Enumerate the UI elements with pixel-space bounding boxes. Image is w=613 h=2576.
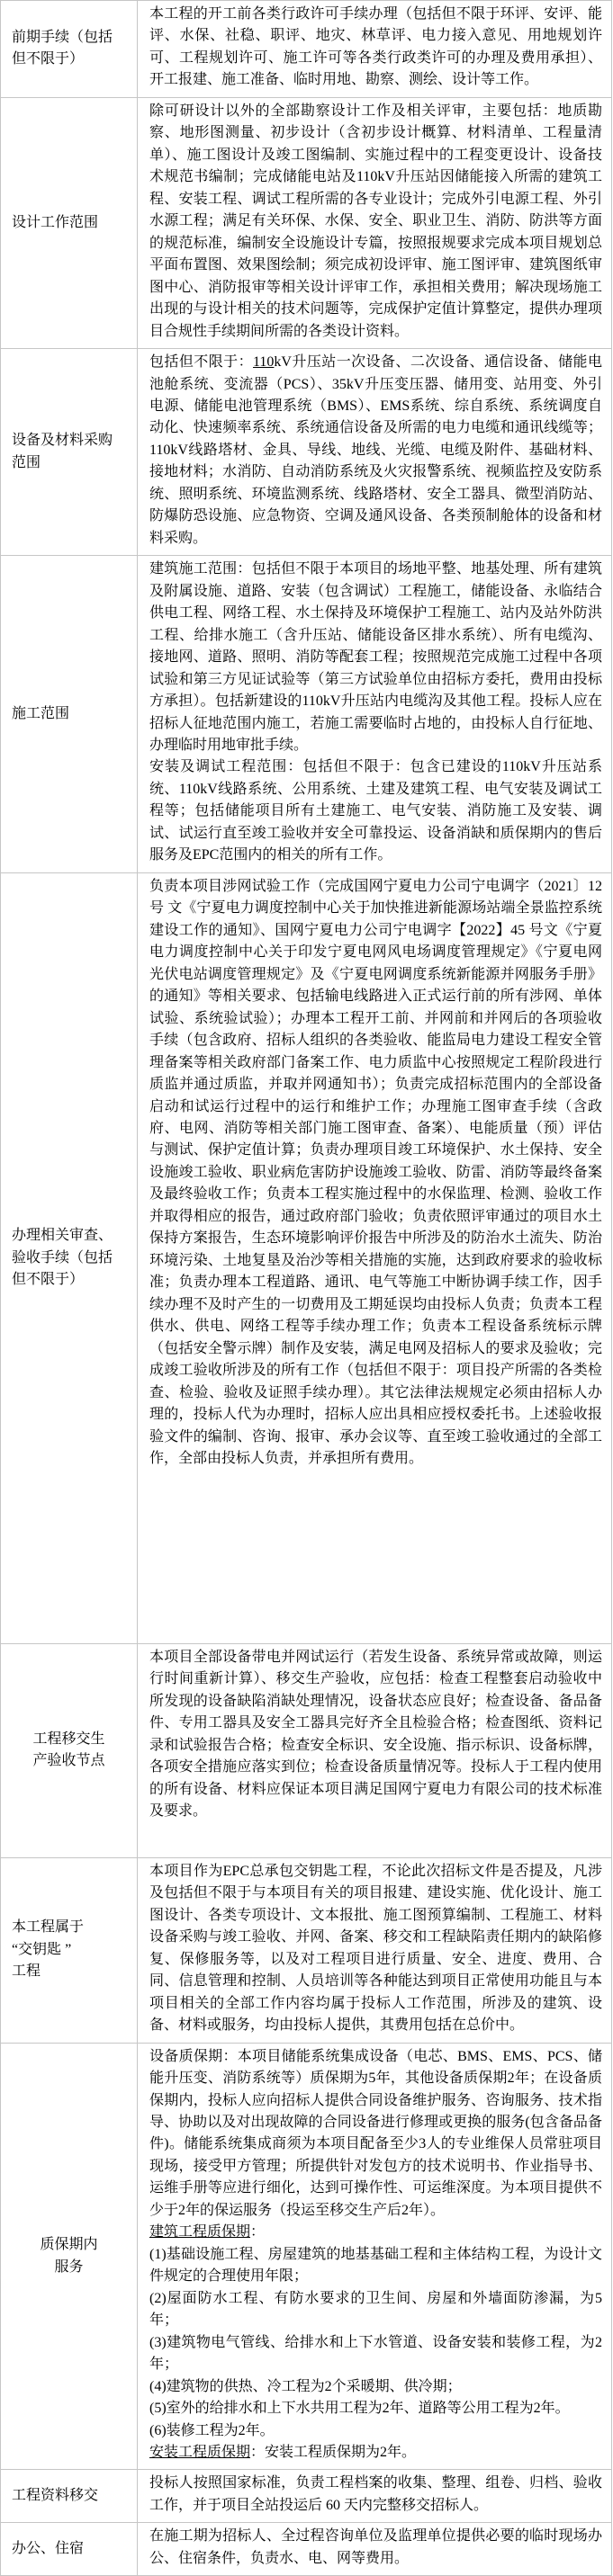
text-segment: (4)建筑物的供热、冷工程为2个采暖期、供冷期； [149,2379,462,2394]
row-header-cell: 前期手续（包括 但不限于） [1,1,138,98]
text-segment: 除可研设计以外的全部勘察设计工作及相关评审，主要包括：地质勘察、地形图测量、初步… [149,103,602,339]
paragraph: 负责本项目涉网试验工作（完成国网宁夏电力公司宁电调字（2021〕12 号 文《宁… [149,876,602,1471]
row-header-cell: 质保期内 服务 [1,2043,138,2470]
paragraph: (5)室外的给排水和上下水共用工程为2年、道路等公用工程为2年。 [149,2398,602,2419]
text-segment: ：安装工程质保期为2年。 [250,2445,416,2460]
table-row: 前期手续（包括 但不限于）本工程的开工前各类行政许可手续办理（包括但不限于环评、… [1,1,612,98]
row-header-cell: 办理相关审查、 验收手续（包括 但不限于） [1,872,138,1643]
paragraph: 除可研设计以外的全部勘察设计工作及相关评审，主要包括：地质勘察、地形图测量、初步… [149,101,602,343]
text-segment: 本项目全部设备带电并网试运行（若发生设备、系统异常或故障，则运行时间重新计算）、… [149,1650,602,1819]
paragraph: 安装工程质保期：安装工程质保期为2年。 [149,2442,602,2464]
paragraph: 投标人按照国家标准，负责工程档案的收集、整理、组卷、归档、验收工作，并于项目全站… [149,2473,602,2517]
paragraph: (1)基础设施工程、房屋建筑的地基基础工程和主体结构工程，为设计文件规定的合理使… [149,2244,602,2288]
table-row: 工程资料移交投标人按照国家标准，负责工程档案的收集、整理、组卷、归档、验收工作，… [1,2470,612,2523]
paragraph: 建筑工程质保期： [149,2222,602,2243]
paragraph: 本工程的开工前各类行政许可手续办理（包括但不限于环评、安评、能评、水保、社稳、职… [149,4,602,92]
scope-table: 前期手续（包括 但不限于）本工程的开工前各类行政许可手续办理（包括但不限于环评、… [0,0,612,2576]
paragraph: (2)屋面防水工程、有防水要求的卫生间、房屋和外墙面防渗漏，为5年； [149,2288,602,2332]
text-segment: 负责本项目涉网试验工作（完成国网宁夏电力公司宁电调字（2021〕12 号 文《宁… [149,879,602,1466]
row-content-cell: 本项目全部设备带电并网试运行（若发生设备、系统异常或故障，则运行时间重新计算）、… [138,1643,612,1857]
text-segment: 本工程的开工前各类行政许可手续办理（包括但不限于环评、安评、能评、水保、社稳、职… [149,6,602,87]
row-content-cell: 在施工期为招标人、全过程咨询单位及监理单位提供必要的临时现场办公、住宿条件，负责… [138,2523,612,2576]
text-segment: (3)建筑物电气管线、给排水和上下水管道、设备安装和装修工程，为2年； [149,2335,602,2372]
text-segment: 在施工期为招标人、全过程咨询单位及监理单位提供必要的临时现场办公、住宿条件，负责… [149,2528,602,2565]
table-row: 本工程属于 “交钥匙 ” 工程本项目作为EPC总承包交钥匙工程，不论此次招标文件… [1,1857,612,2043]
text-segment: 包括但不限于： [149,354,253,370]
paragraph: (4)建筑物的供热、冷工程为2个采暖期、供冷期； [149,2376,602,2398]
row-content-cell: 本项目作为EPC总承包交钥匙工程，不论此次招标文件是否提及，凡涉及包括但不限于与… [138,1857,612,2043]
table-row: 设备及材料采购 范围包括但不限于：110kV升压站一次设备、二次设备、通信设备、… [1,349,612,556]
paragraph: 本项目作为EPC总承包交钥匙工程，不论此次招标文件是否提及，凡涉及包括但不限于与… [149,1861,602,2037]
paragraph: 设备质保期：本项目储能系统集成设备（电芯、BMS、EMS、PCS、储能升压变、消… [149,2046,602,2223]
paragraph: 包括但不限于：110kV升压站一次设备、二次设备、通信设备、储能电池舱系统、变流… [149,352,602,550]
row-header-cell: 工程移交生 产验收节点 [1,1643,138,1857]
scope-table-body: 前期手续（包括 但不限于）本工程的开工前各类行政许可手续办理（包括但不限于环评、… [1,1,612,2576]
underlined-text: 建筑工程质保期 [149,2224,250,2240]
row-content-cell: 设备质保期：本项目储能系统集成设备（电芯、BMS、EMS、PCS、储能升压变、消… [138,2043,612,2470]
row-content-cell: 本工程的开工前各类行政许可手续办理（包括但不限于环评、安评、能评、水保、社稳、职… [138,1,612,98]
row-header-cell: 设备及材料采购 范围 [1,349,138,556]
table-row: 办理相关审查、 验收手续（包括 但不限于）负责本项目涉网试验工作（完成国网宁夏电… [1,872,612,1643]
text-segment: 投标人按照国家标准，负责工程档案的收集、整理、组卷、归档、验收工作，并于项目全站… [149,2475,602,2512]
paragraph: (3)建筑物电气管线、给排水和上下水管道、设备安装和装修工程，为2年； [149,2332,602,2376]
text-segment: 安装及调试工程范围：包括但不限于：包含已建设的110kV升压站系统、110kV线… [149,759,602,863]
text-segment: (1)基础设施工程、房屋建筑的地基基础工程和主体结构工程，为设计文件规定的合理使… [149,2247,602,2284]
paragraph: 在施工期为招标人、全过程咨询单位及监理单位提供必要的临时现场办公、住宿条件，负责… [149,2526,602,2570]
row-content-cell: 投标人按照国家标准，负责工程档案的收集、整理、组卷、归档、验收工作，并于项目全站… [138,2470,612,2523]
row-content-cell: 建筑施工范围：包括但不限于本项目的场地平整、地基处理、所有建筑及附属设施、道路、… [138,556,612,873]
paragraph: 安装及调试工程范围：包括但不限于：包含已建设的110kV升压站系统、110kV线… [149,756,602,866]
text-segment: (5)室外的给排水和上下水共用工程为2年、道路等公用工程为2年。 [149,2401,570,2416]
text-segment: 设备质保期：本项目储能系统集成设备（电芯、BMS、EMS、PCS、储能升压变、消… [149,2049,602,2218]
underlined-text: 安装工程质保期 [149,2445,250,2460]
text-segment: ： [250,2224,265,2240]
row-content-cell: 包括但不限于：110kV升压站一次设备、二次设备、通信设备、储能电池舱系统、变流… [138,349,612,556]
row-header-cell: 工程资料移交 [1,2470,138,2523]
text-segment: 建筑施工范围：包括但不限于本项目的场地平整、地基处理、所有建筑及附属设施、道路、… [149,561,602,753]
row-header-cell: 办公、住宿 [1,2523,138,2576]
row-content-cell: 负责本项目涉网试验工作（完成国网宁夏电力公司宁电调字（2021〕12 号 文《宁… [138,872,612,1643]
table-row: 工程移交生 产验收节点本项目全部设备带电并网试运行（若发生设备、系统异常或故障，… [1,1643,612,1857]
text-segment: 本项目作为EPC总承包交钥匙工程，不论此次招标文件是否提及，凡涉及包括但不限于与… [149,1864,602,2033]
text-segment: (6)装修工程为2年。 [149,2423,275,2438]
row-header-cell: 施工范围 [1,556,138,873]
row-header-cell: 本工程属于 “交钥匙 ” 工程 [1,1857,138,2043]
text-segment: kV升压站一次设备、二次设备、通信设备、储能电池舱系统、变流器（PCS）、35k… [149,354,602,546]
underlined-text: 110 [253,354,274,370]
paragraph: (6)装修工程为2年。 [149,2420,602,2442]
table-row: 质保期内 服务设备质保期：本项目储能系统集成设备（电芯、BMS、EMS、PCS、… [1,2043,612,2470]
table-row: 施工范围建筑施工范围：包括但不限于本项目的场地平整、地基处理、所有建筑及附属设施… [1,556,612,873]
paragraph: 本项目全部设备带电并网试运行（若发生设备、系统异常或故障，则运行时间重新计算）、… [149,1647,602,1823]
row-content-cell: 除可研设计以外的全部勘察设计工作及相关评审，主要包括：地质勘察、地形图测量、初步… [138,97,612,348]
table-row: 设计工作范围除可研设计以外的全部勘察设计工作及相关评审，主要包括：地质勘察、地形… [1,97,612,348]
table-row: 办公、住宿在施工期为招标人、全过程咨询单位及监理单位提供必要的临时现场办公、住宿… [1,2523,612,2576]
paragraph: 建筑施工范围：包括但不限于本项目的场地平整、地基处理、所有建筑及附属设施、道路、… [149,559,602,756]
text-segment: (2)屋面防水工程、有防水要求的卫生间、房屋和外墙面防渗漏，为5年； [149,2291,602,2328]
row-header-cell: 设计工作范围 [1,97,138,348]
document-page: 前期手续（包括 但不限于）本工程的开工前各类行政许可手续办理（包括但不限于环评、… [0,0,613,2576]
